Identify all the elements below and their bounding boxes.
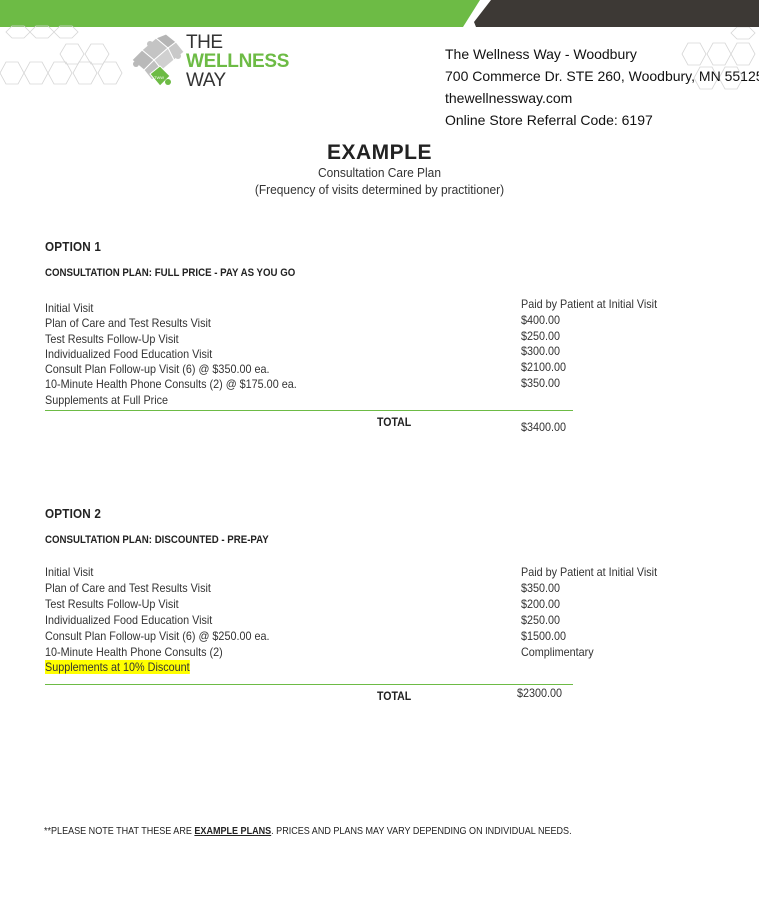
footnote-emphasis: EXAMPLE PLANS	[194, 825, 271, 837]
website-link[interactable]: thewellnessway.com	[445, 87, 759, 109]
logo-line-the: THE	[186, 33, 289, 52]
plan-title: CONSULTATION PLAN: FULL PRICE - PAY AS Y…	[45, 267, 295, 279]
referral-code: Online Store Referral Code: 6197	[445, 109, 759, 131]
contact-info: The Wellness Way - Woodbury 700 Commerce…	[445, 43, 759, 131]
price-column: Paid by Patient at Initial Visit $400.00…	[521, 297, 672, 392]
price-value: $300.00	[521, 344, 657, 360]
logo-line-way: WAY	[186, 71, 289, 90]
line-item: Plan of Care and Test Results Visit	[45, 316, 297, 331]
disclaimer-footnote: **PLEASE NOTE THAT THESE ARE EXAMPLE PLA…	[44, 825, 572, 837]
page-title: EXAMPLE	[0, 140, 759, 165]
price-value: $200.00	[521, 596, 657, 612]
price-value: $400.00	[521, 313, 657, 329]
logo-line-wellness: WELLNESS	[186, 52, 289, 71]
footnote-prefix: **PLEASE NOTE THAT THESE ARE	[44, 825, 194, 837]
line-items: Initial Visit Plan of Care and Test Resu…	[45, 301, 325, 408]
line-item: 10-Minute Health Phone Consults (2) @ $1…	[45, 377, 297, 392]
price-value: $1500.00	[521, 628, 657, 644]
line-item: Test Results Follow-Up Visit	[45, 332, 297, 347]
price-column: Paid by Patient at Initial Visit $350.00…	[521, 564, 672, 661]
total-value: $3400.00	[521, 420, 566, 434]
line-item: Individualized Food Education Visit	[45, 347, 297, 362]
line-items: Initial Visit Plan of Care and Test Resu…	[45, 565, 294, 676]
price-value: Complimentary	[521, 644, 657, 660]
frequency-note: (Frequency of visits determined by pract…	[30, 181, 728, 198]
price-header: Paid by Patient at Initial Visit	[521, 297, 657, 313]
price-value: $350.00	[521, 580, 657, 596]
logo-badge: TWW	[154, 75, 164, 80]
line-item: Plan of Care and Test Results Visit	[45, 581, 269, 597]
line-item: Individualized Food Education Visit	[45, 613, 269, 629]
line-item: 10-Minute Health Phone Consults (2)	[45, 645, 269, 661]
line-item: Initial Visit	[45, 565, 269, 581]
puzzle-logo-icon: TWW	[128, 32, 188, 90]
line-item: Test Results Follow-Up Visit	[45, 597, 269, 613]
line-item: Consult Plan Follow-up Visit (6) @ $350.…	[45, 362, 297, 377]
line-item: Supplements at Full Price	[45, 393, 297, 408]
hexagon-pattern-left	[0, 22, 130, 94]
price-value: $250.00	[521, 329, 657, 345]
line-item-highlighted: Supplements at 10% Discount	[45, 660, 269, 676]
price-value: $2100.00	[521, 360, 657, 376]
price-header: Paid by Patient at Initial Visit	[521, 564, 657, 580]
clinic-name: The Wellness Way - Woodbury	[445, 43, 759, 65]
option-title: OPTION 1	[45, 239, 101, 254]
total-label: TOTAL	[377, 415, 411, 429]
line-item: Consult Plan Follow-up Visit (6) @ $250.…	[45, 629, 269, 645]
line-item: Initial Visit	[45, 301, 297, 316]
total-value: $2300.00	[517, 686, 562, 700]
price-value: $350.00	[521, 376, 657, 392]
document-header: EXAMPLE Consultation Care Plan (Frequenc…	[0, 140, 759, 198]
total-label: TOTAL	[377, 689, 411, 703]
option-title: OPTION 2	[45, 506, 101, 521]
price-value: $250.00	[521, 612, 657, 628]
page-subtitle: Consultation Care Plan	[30, 165, 728, 181]
footnote-suffix: . PRICES AND PLANS MAY VARY DEPENDING ON…	[271, 825, 571, 837]
clinic-address: 700 Commerce Dr. STE 260, Woodbury, MN 5…	[445, 65, 759, 87]
logo-wordmark: THE WELLNESS WAY	[186, 33, 289, 90]
plan-title: CONSULTATION PLAN: DISCOUNTED - PRE-PAY	[45, 534, 269, 546]
divider	[45, 684, 573, 685]
divider	[45, 410, 573, 411]
option-1-section: OPTION 1 CONSULTATION PLAN: FULL PRICE -…	[45, 239, 575, 439]
option-2-section: OPTION 2 CONSULTATION PLAN: DISCOUNTED -…	[45, 506, 575, 706]
highlighted-text: Supplements at 10% Discount	[45, 660, 190, 674]
